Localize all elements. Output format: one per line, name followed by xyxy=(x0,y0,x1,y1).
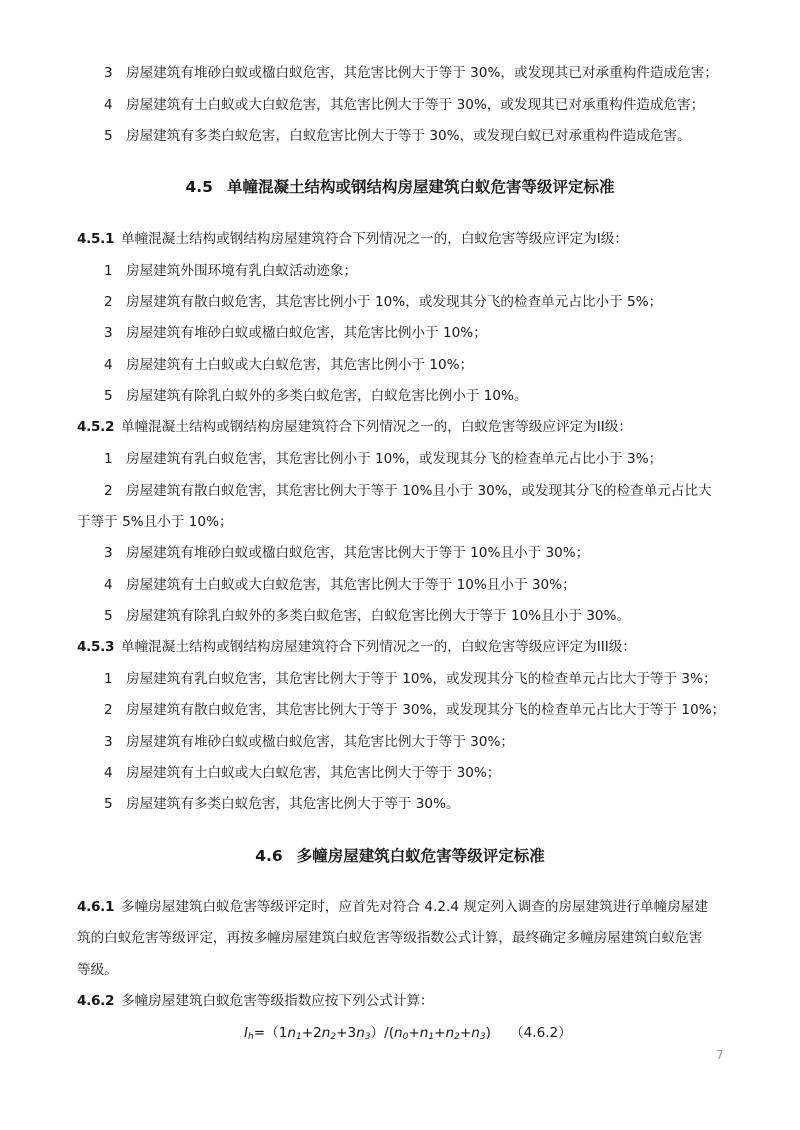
section-number: 4.6 xyxy=(255,847,282,865)
list-item: 4房屋建筑有土白蚁或大白蚁危害，其危害比例大于等于 10%且小于 30%； xyxy=(0,575,800,595)
item-text: 房屋建筑有乳白蚁危害，其危害比例小于 10%，或发现其分飞的检查单元占比小于 3… xyxy=(126,451,662,467)
clause-4-5-2: 4.5.2单幢混凝土结构或钢结构房屋建筑符合下列情况之一的，白蚁危害等级应评定为… xyxy=(0,417,800,437)
item-text: 房屋建筑有堆砂白蚁或楹白蚁危害，其危害比例大于等于 10%且小于 30%； xyxy=(126,545,589,561)
item-number: 4 xyxy=(104,355,126,375)
list-item: 2房屋建筑有散白蚁危害，其危害比例大于等于 30%，或发现其分飞的检查单元占比大… xyxy=(0,700,800,720)
formula-var: n xyxy=(287,1025,296,1041)
list-item: 2房屋建筑有散白蚁危害，其危害比例大于等于 10%且小于 30%，或发现其分飞的… xyxy=(0,481,800,501)
item-number: 2 xyxy=(104,481,126,501)
item-text: 房屋建筑有堆砂白蚁或楹白蚁危害，其危害比例大于等于 30%； xyxy=(126,734,514,750)
formula-expression: Ih=（1n1+2n2+3n3）/(n0+n1+n2+n3) xyxy=(244,1023,491,1047)
list-item: 5房屋建筑有多类白蚁危害，白蚁危害比例大于等于 30%，或发现白蚁已对承重构件造… xyxy=(0,126,800,146)
formula-var: n xyxy=(446,1025,455,1041)
item-text: 房屋建筑有散白蚁危害，其危害比例小于 10%，或发现其分飞的检查单元占比小于 5… xyxy=(126,294,662,310)
page-number: 7 xyxy=(716,1048,724,1062)
item-text: 房屋建筑有土白蚁或大白蚁危害，其危害比例大于等于 10%且小于 30%； xyxy=(126,577,576,593)
clause-number: 4.5.1 xyxy=(77,229,121,249)
item-text: 房屋建筑有乳白蚁危害，其危害比例大于等于 10%，或发现其分飞的检查单元占比大于… xyxy=(126,671,717,687)
item-text: 房屋建筑有散白蚁危害，其危害比例大于等于 10%且小于 30%，或发现其分飞的检… xyxy=(126,483,712,499)
clause-continuation: 等级。 xyxy=(0,960,800,980)
item-number: 3 xyxy=(104,543,126,563)
item-number: 1 xyxy=(104,669,126,689)
formula-var: n xyxy=(394,1025,403,1041)
clause-number: 4.6.2 xyxy=(77,991,121,1011)
item-number: 3 xyxy=(104,732,126,752)
clause-text: 单幢混凝土结构或钢结构房屋建筑符合下列情况之一的，白蚁危害等级应评定为I级： xyxy=(121,231,628,247)
clause-text: 等级。 xyxy=(77,962,118,978)
list-item: 5房屋建筑有除乳白蚁外的多类白蚁危害，白蚁危害比例小于 10%。 xyxy=(0,386,800,406)
item-text: 房屋建筑有土白蚁或大白蚁危害，其危害比例小于 10%； xyxy=(126,357,473,373)
equation-number: （4.6.2） xyxy=(510,1023,572,1043)
item-text: 房屋建筑有除乳白蚁外的多类白蚁危害，白蚁危害比例大于等于 10%且小于 30%。 xyxy=(126,608,630,624)
clause-4-6-2: 4.6.2多幢房屋建筑白蚁危害等级指数应按下列公式计算： xyxy=(0,991,800,1011)
item-text: 房屋建筑有散白蚁危害，其危害比例大于等于 30%，或发现其分飞的检查单元占比大于… xyxy=(126,702,725,718)
item-text: 房屋建筑有多类白蚁危害，其危害比例大于等于 30%。 xyxy=(126,796,460,812)
formula-coef: +3 xyxy=(336,1025,356,1041)
clause-text: 多幢房屋建筑白蚁危害等级评定时，应首先对符合 4.2.4 规定列入调查的房屋建筑… xyxy=(121,899,708,915)
item-text: 房屋建筑有土白蚁或大白蚁危害，其危害比例大于等于 30%，或发现其已对承重构件造… xyxy=(126,97,704,113)
item-number: 2 xyxy=(104,292,126,312)
item-number: 1 xyxy=(104,449,126,469)
formula-coef: +2 xyxy=(302,1025,322,1041)
list-item: 1房屋建筑有乳白蚁危害，其危害比例小于 10%，或发现其分飞的检查单元占比小于 … xyxy=(0,449,800,469)
list-item: 4房屋建筑有土白蚁或大白蚁危害，其危害比例大于等于 30%； xyxy=(0,763,800,783)
section-heading-4-6: 4.6多幢房屋建筑白蚁危害等级评定标准 xyxy=(0,845,800,867)
item-number: 5 xyxy=(104,794,126,814)
clause-number: 4.5.2 xyxy=(77,417,121,437)
item-number: 4 xyxy=(104,95,126,115)
formula-var: n xyxy=(356,1025,365,1041)
list-item: 3房屋建筑有堆砂白蚁或楹白蚁危害，其危害比例大于等于 10%且小于 30%； xyxy=(0,543,800,563)
formula-op: ）/( xyxy=(371,1025,394,1041)
section-title: 单幢混凝土结构或钢结构房屋建筑白蚁危害等级评定标准 xyxy=(227,178,615,196)
list-item: 5房屋建筑有除乳白蚁外的多类白蚁危害，白蚁危害比例大于等于 10%且小于 30%… xyxy=(0,606,800,626)
item-number: 4 xyxy=(104,763,126,783)
item-text: 于等于 5%且小于 10%； xyxy=(77,514,233,530)
section-heading-4-5: 4.5单幢混凝土结构或钢结构房屋建筑白蚁危害等级评定标准 xyxy=(0,176,800,198)
list-item: 3房屋建筑有堆砂白蚁或楹白蚁危害，其危害比例大于等于 30%； xyxy=(0,732,800,752)
list-item-continuation: 于等于 5%且小于 10%； xyxy=(0,512,800,532)
list-item: 5房屋建筑有多类白蚁危害，其危害比例大于等于 30%。 xyxy=(0,794,800,814)
item-number: 4 xyxy=(104,575,126,595)
list-item: 3房屋建筑有堆砂白蚁或楹白蚁危害，其危害比例大于等于 30%，或发现其已对承重构… xyxy=(0,63,800,83)
item-text: 房屋建筑有除乳白蚁外的多类白蚁危害，白蚁危害比例小于 10%。 xyxy=(126,388,528,404)
clause-4-6-1: 4.6.1多幢房屋建筑白蚁危害等级评定时，应首先对符合 4.2.4 规定列入调查… xyxy=(0,897,800,917)
item-text: 房屋建筑有堆砂白蚁或楹白蚁危害，其危害比例小于 10%； xyxy=(126,325,487,341)
item-number: 5 xyxy=(104,126,126,146)
item-number: 3 xyxy=(104,63,126,83)
clause-number: 4.5.3 xyxy=(77,637,121,657)
clause-text: 单幢混凝土结构或钢结构房屋建筑符合下列情况之一的，白蚁危害等级应评定为II级： xyxy=(121,419,632,435)
clause-continuation: 筑的白蚁危害等级评定，再按多幢房屋建筑白蚁危害等级指数公式计算，最终确定多幢房屋… xyxy=(0,928,800,948)
list-item: 1房屋建筑有乳白蚁危害，其危害比例大于等于 10%，或发现其分飞的检查单元占比大… xyxy=(0,669,800,689)
clause-text: 筑的白蚁危害等级评定，再按多幢房屋建筑白蚁危害等级指数公式计算，最终确定多幢房屋… xyxy=(77,930,702,946)
item-text: 房屋建筑有堆砂白蚁或楹白蚁危害，其危害比例大于等于 30%，或发现其已对承重构件… xyxy=(126,65,718,81)
formula-op: + xyxy=(434,1025,445,1041)
formula-op: + xyxy=(408,1025,419,1041)
item-number: 1 xyxy=(104,261,126,281)
clause-4-5-3: 4.5.3单幢混凝土结构或钢结构房屋建筑符合下列情况之一的，白蚁危害等级应评定为… xyxy=(0,637,800,657)
list-item: 1房屋建筑外围环境有乳白蚁活动迹象； xyxy=(0,261,800,281)
list-item: 3房屋建筑有堆砂白蚁或楹白蚁危害，其危害比例小于 10%； xyxy=(0,323,800,343)
clause-4-5-1: 4.5.1单幢混凝土结构或钢结构房屋建筑符合下列情况之一的，白蚁危害等级应评定为… xyxy=(0,229,800,249)
formula-op: =（ xyxy=(254,1025,279,1041)
formula-op: + xyxy=(460,1025,471,1041)
item-number: 3 xyxy=(104,323,126,343)
section-title: 多幢房屋建筑白蚁危害等级评定标准 xyxy=(297,847,545,865)
list-item: 4房屋建筑有土白蚁或大白蚁危害，其危害比例小于 10%； xyxy=(0,355,800,375)
formula-op: ) xyxy=(486,1025,491,1041)
clause-number: 4.6.1 xyxy=(77,897,121,917)
section-number: 4.5 xyxy=(186,178,213,196)
list-item: 2房屋建筑有散白蚁危害，其危害比例小于 10%，或发现其分飞的检查单元占比小于 … xyxy=(0,292,800,312)
item-number: 5 xyxy=(104,386,126,406)
item-text: 房屋建筑外围环境有乳白蚁活动迹象； xyxy=(126,263,357,279)
item-text: 房屋建筑有土白蚁或大白蚁危害，其危害比例大于等于 30%； xyxy=(126,765,500,781)
item-number: 5 xyxy=(104,606,126,626)
item-number: 2 xyxy=(104,700,126,720)
item-text: 房屋建筑有多类白蚁危害，白蚁危害比例大于等于 30%，或发现白蚁已对承重构件造成… xyxy=(126,128,691,144)
clause-text: 单幢混凝土结构或钢结构房屋建筑符合下列情况之一的，白蚁危害等级应评定为III级： xyxy=(121,639,636,655)
document-page: 3房屋建筑有堆砂白蚁或楹白蚁危害，其危害比例大于等于 30%，或发现其已对承重构… xyxy=(0,0,800,1130)
formula-var: n xyxy=(471,1025,480,1041)
clause-text: 多幢房屋建筑白蚁危害等级指数应按下列公式计算： xyxy=(121,993,434,1009)
list-item: 4房屋建筑有土白蚁或大白蚁危害，其危害比例大于等于 30%，或发现其已对承重构件… xyxy=(0,95,800,115)
